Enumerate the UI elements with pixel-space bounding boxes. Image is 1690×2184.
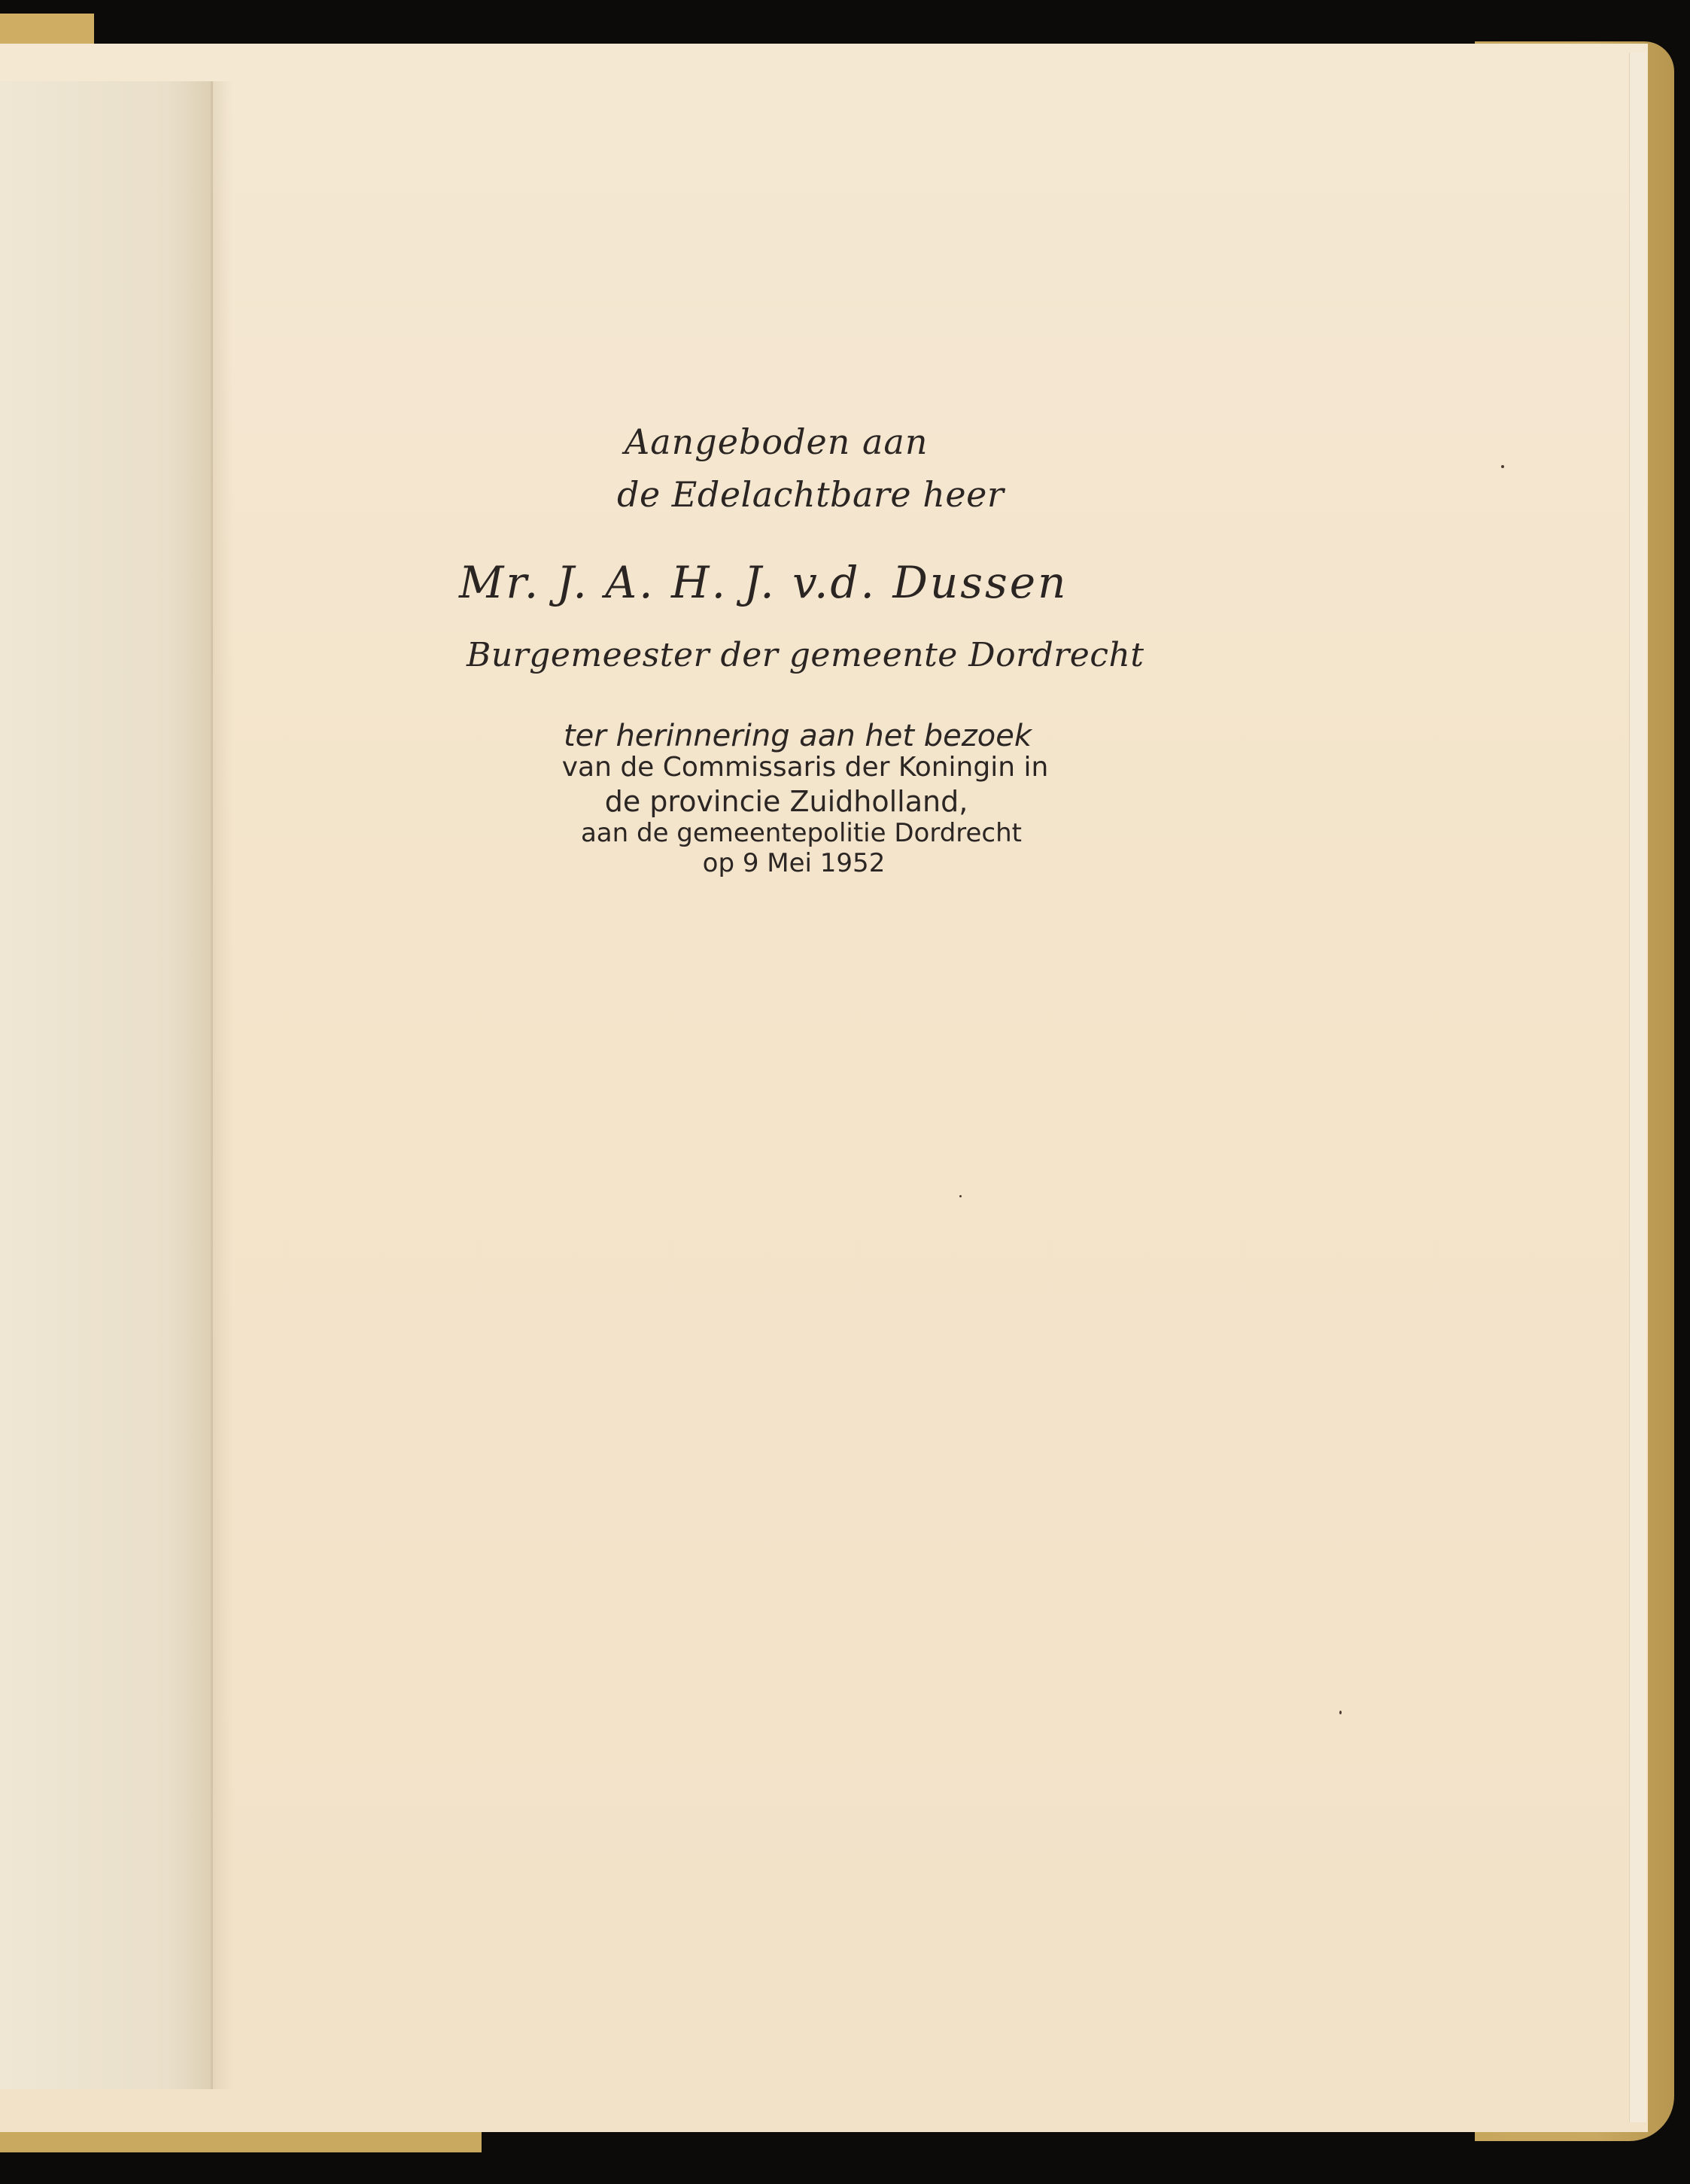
page-edge	[1629, 53, 1646, 2122]
dedication-line-1: Aangeboden aan	[625, 421, 928, 462]
dedication-line-2: de Edelachtbare heer	[617, 474, 1004, 515]
paper-speck	[1501, 465, 1504, 468]
paper-speck	[959, 1195, 962, 1197]
body-line: ter herinnering aan het bezoek	[376, 719, 1219, 752]
dedication-body: ter herinnering aan het bezoek van de Co…	[421, 719, 1219, 878]
tissue-flyleaf[interactable]	[0, 81, 213, 2089]
recipient-name: Mr. J. A. H. J. v.d. Dussen	[459, 557, 1068, 608]
body-line: aan de gemeentepolitie Dordrecht	[384, 818, 1219, 848]
body-line: de provincie Zuidholland,	[354, 785, 1219, 818]
body-line-date: op 9 Mei 1952	[369, 848, 1219, 878]
paper-speck	[1339, 1711, 1342, 1714]
back-cover-edge	[0, 14, 94, 45]
body-line: van de Commissaris der Koningin in	[391, 752, 1219, 785]
back-cover-edge-bottom	[0, 2130, 482, 2152]
book-page	[0, 44, 1648, 2132]
recipient-title: Burgemeester der gemeente Dordrecht	[467, 636, 1144, 674]
